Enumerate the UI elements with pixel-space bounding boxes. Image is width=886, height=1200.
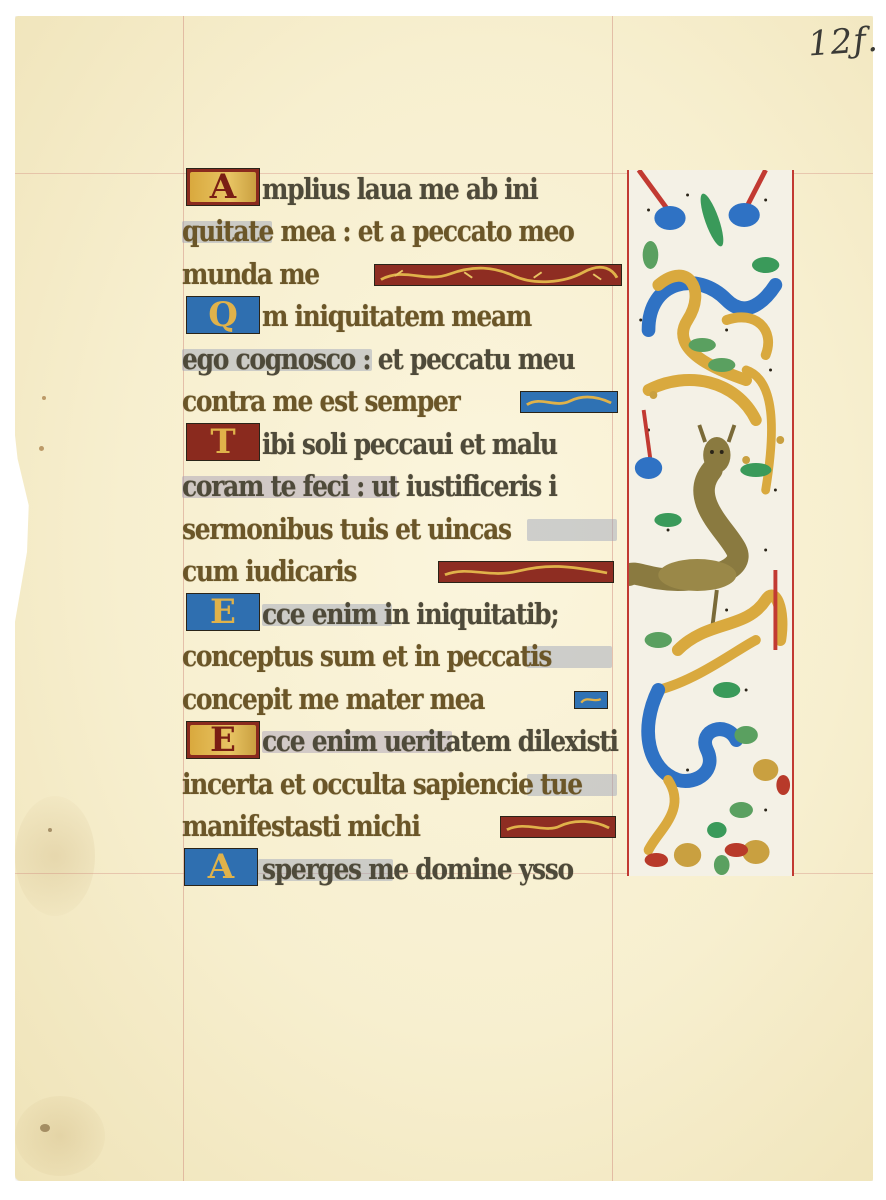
text-line: incerta et occulta sapiencie tue: [182, 761, 624, 804]
line-filler: [574, 691, 608, 709]
text-line: E cce enim in iniquitatib;: [182, 591, 624, 634]
ink-spot: [42, 396, 46, 400]
line-filler: [500, 816, 616, 838]
line-filler: [520, 391, 618, 413]
text-line: cum iudicaris: [182, 549, 624, 592]
text-line: A mplius laua me ab ini: [182, 166, 624, 209]
text-line: T ibi soli peccaui et malu: [182, 421, 624, 464]
text-line: conceptus sum et in peccatis: [182, 634, 624, 677]
text-line: coram te feci : ut iustificeris i: [182, 464, 624, 507]
illuminated-border: [627, 170, 794, 876]
text-line: contra me est semper: [182, 379, 624, 422]
border-decoration: [629, 170, 792, 876]
ink-spot: [39, 446, 44, 451]
foxing-stain: [15, 796, 95, 916]
text-line: munda me: [182, 251, 624, 294]
text-line: Q m iniquitatem meam: [182, 294, 624, 337]
illuminated-initial: T: [186, 423, 260, 461]
line-filler: [438, 561, 614, 583]
folio-number: 12ƒ.: [807, 20, 880, 65]
line-filler: [374, 264, 622, 286]
text-line: manifestasti michi: [182, 804, 624, 847]
foxing-stain: [15, 1096, 105, 1176]
text-line: E cce enim ueritatem dilexisti: [182, 719, 624, 762]
illuminated-initial: A: [186, 168, 260, 206]
ink-stain: [40, 1124, 50, 1132]
text-line: ego cognosco : et peccatu meu: [182, 336, 624, 379]
ink-spot: [48, 828, 52, 832]
text-line: sermonibus tuis et uincas: [182, 506, 624, 549]
text-block: A mplius laua me ab ini quitate mea : et…: [182, 166, 624, 889]
illuminated-initial: Q: [186, 296, 260, 334]
illuminated-initial: E: [186, 721, 260, 759]
text-line: quitate mea : et a peccato meo: [182, 209, 624, 252]
illuminated-initial: E: [186, 593, 260, 631]
text-line: concepit me mater mea: [182, 676, 624, 719]
illuminated-initial: A: [184, 848, 258, 886]
text-line: A sperges me domine ysso: [182, 846, 624, 889]
